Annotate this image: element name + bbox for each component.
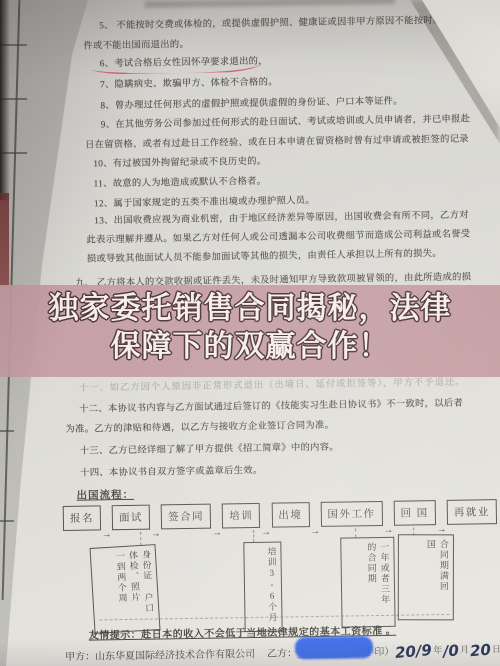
flow-arrow-icon: →	[310, 526, 320, 537]
contract-clause-十二: 十二、本协议书内容与乙方面试通过后签订的《技能实习生赴日协议书》不一致时，以后者…	[65, 394, 470, 440]
flow-arrow-icon: →	[383, 525, 393, 536]
caption-line-2: 保障下的双赢合作！	[0, 328, 500, 366]
contract-clause-13: 13、出国收费应视为商业机密，由于地区经济差异等原因，出国收费会有所不同，乙方对…	[86, 206, 475, 269]
handwritten-day: 20	[469, 641, 491, 661]
flow-connector	[355, 528, 356, 537]
flow-heading: 出国流程：	[76, 487, 134, 503]
flow-step-1: 报名	[63, 505, 101, 531]
flow-connector	[253, 530, 254, 542]
flow-step-4: 培训	[222, 503, 260, 529]
redaction-blob	[295, 636, 373, 659]
flow-arrow-icon: →	[151, 528, 161, 539]
flow-step-5: 出境	[271, 502, 309, 528]
caption-line-1: 独家委托销售合同揭秘，法律	[0, 290, 500, 328]
contract-clause-十四: 十四、本协议书自双方签字或盖章后生效。	[66, 458, 470, 484]
detail-column: 的合同期	[364, 542, 378, 622]
flow-step-7: 回 国	[393, 500, 436, 526]
flow-detail-box-2: 培训3-6个月	[243, 542, 282, 633]
cropped-text-line	[145, 0, 395, 8]
day-unit: 日	[492, 642, 500, 655]
flow-step-8: 再就业	[447, 499, 497, 525]
signature-line	[297, 644, 349, 658]
flow-step-2: 面试	[112, 505, 150, 531]
process-flowchart: 报名→面试→签合同→培训→出境→国外工作→回 国→再就业	[63, 499, 497, 531]
flow-arrow-icon: →	[212, 527, 222, 538]
handwritten-year: 20/9	[395, 641, 433, 662]
flow-detail-box-1: 身份证 户口体检、照片一到两个周	[90, 544, 161, 634]
flow-step-3: 签合同	[161, 504, 211, 530]
signature-row: 甲方：山东华夏国际经济技术合作有限公司 乙方： （手印） 20/9 年 /0 月…	[65, 639, 500, 664]
caption-title: 独家委托销售合同揭秘，法律 保障下的双赢合作！	[0, 290, 500, 366]
flow-arrow-icon: →	[102, 529, 112, 540]
handwritten-month: /0	[442, 641, 459, 660]
party-b-label: 乙方：	[267, 644, 297, 659]
party-a-name: 甲方：山东华夏国际经济技术合作有限公司	[65, 644, 255, 662]
flow-arrow-icon: →	[261, 527, 271, 538]
flow-connector	[140, 532, 141, 546]
year-unit: 年	[433, 643, 442, 656]
flow-step-6: 国外工作	[320, 501, 382, 527]
detail-column: 一年或者三年	[377, 542, 391, 622]
caption-band: 独家委托销售合同揭秘，法律 保障下的双赢合作！	[0, 285, 500, 377]
photographed-contract-page: 5、 不能按时交费或体检的，或提供虚假护照、健康证或因非甲方原因不能按时办理证件…	[0, 0, 500, 666]
detail-column: 国	[424, 539, 437, 615]
flow-detail-box-4: 合同期满回国	[398, 534, 454, 620]
month-unit: 月	[460, 642, 469, 655]
detail-column: 合同期满回	[437, 539, 450, 615]
detail-column: 培训3-6个月	[264, 547, 278, 627]
